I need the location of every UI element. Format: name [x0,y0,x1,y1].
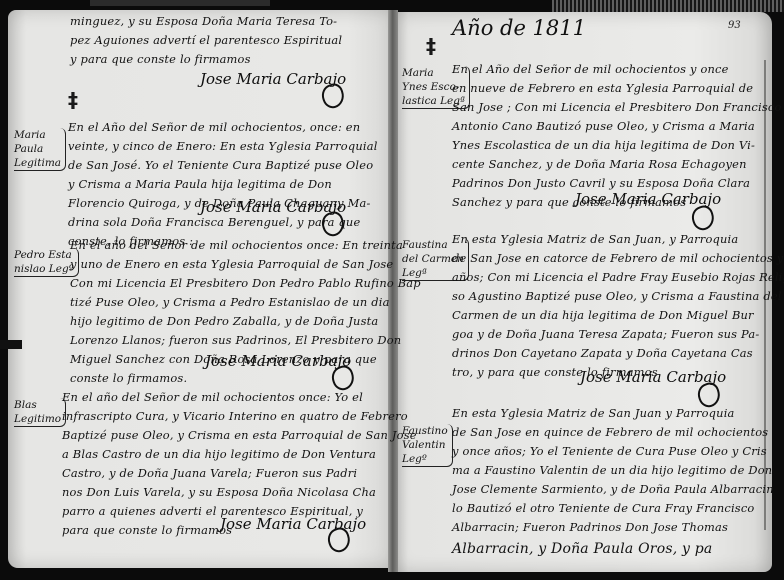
text-line: so Agustino Baptizé puse Oleo, y Crisma … [452,287,784,306]
cross-mark-icon: ‡ [426,34,436,58]
text-line: San Jose ; Con mi Licencia el Presbitero… [452,98,782,117]
margin-note-faustino: Faustino Valentin Legº [402,424,453,467]
page-heading: Año de 1811 [452,16,586,40]
text-line: Ynes Escolastica de un dia hija legitima… [452,136,782,155]
text-line: En el año del Señor de mil ochocientos o… [70,236,421,255]
text-line: Albarracin; Fueron Padrinos Don Jose Tho… [452,518,774,537]
text-line: Albarracin, y Doña Paula Oros, y pa [452,537,774,561]
text-line: Con mi Licencia El Presbitero Don Pedro … [70,274,421,293]
text-line: ma a Faustino Valentin de un dia hijo le… [452,461,774,480]
text-line: veinte, y cinco de Enero: En esta Yglesi… [68,137,378,156]
text-line: en nueve de Febrero en esta Yglesia Parr… [452,79,782,98]
scanned-manuscript: minguez, y su Esposa Doña Maria Teresa T… [0,0,784,580]
text-line: pez Aguiones advertí el parentesco Espir… [70,31,342,50]
margin-note-pedro-estanislao: Pedro Esta nislao Legº [14,248,79,277]
text-line: tizé Puse Oleo, y Crisma a Pedro Estanis… [70,293,421,312]
text-line: Castro, y de Doña Juana Varela; Fueron s… [62,464,417,483]
text-line: cente Sanchez, y de Doña Maria Rosa Echa… [452,155,782,174]
text-line: Carmen de un dia hija legitima de Don Mi… [452,306,784,325]
text-line: a Blas Castro de un dia hijo legitimo de… [62,445,417,464]
text-line: conste lo firmamos. [70,369,421,388]
signature: Jose Maria Carbajo [200,198,346,216]
text-line: Lorenzo Llanos; fueron sus Padrinos, El … [70,331,421,350]
text-line: y once años; Yo el Teniente de Cura Puse… [452,442,774,461]
entry-faustina: En esta Yglesia Matriz de San Juan, y Pa… [452,230,784,382]
signature: Jose Maria Carbajo [205,352,351,370]
text-line: y uno de Enero en esta Yglesia Parroquia… [70,255,421,274]
text-line: En esta Yglesia Matriz de San Juan y Par… [452,404,774,423]
text-line: de San Jose en quince de Febrero de mil … [452,423,774,442]
text-line: de San Jose en catorce de Febrero de mil… [452,249,784,268]
folio-number: 93 [728,20,741,31]
text-line: de San José. Yo el Teniente Cura Baptizé… [68,156,378,175]
text-line: nos Don Luis Varela, y su Esposa Doña Ni… [62,483,417,502]
text-line: minguez, y su Esposa Doña Maria Teresa T… [70,12,342,31]
text-line: En esta Yglesia Matriz de San Juan, y Pa… [452,230,784,249]
text-line: y Crisma a Maria Paula hija legitima de … [68,175,378,194]
text-line: lo Bautizó el otro Teniente de Cura Fray… [452,499,774,518]
entry-faustino: En esta Yglesia Matriz de San Juan y Par… [452,404,774,561]
text-line: infrascripto Cura, y Vicario Interino en… [62,407,417,426]
text-line: y para que conste lo firmamos [70,50,342,69]
text-line: En el Año del Señor de mil ochocientos y… [452,60,782,79]
margin-note-maria-paula: Maria Paula Legitima [14,128,66,171]
text-line: Jose Clemente Sarmiento, y de Doña Paula… [452,480,774,499]
cross-mark-icon: ‡ [68,88,78,112]
text-line: Antonio Cano Bautizó puse Oleo, y Crisma… [452,117,782,136]
binding-shadow [90,0,270,6]
text-line: Baptizé puse Oleo, y Crisma en esta Parr… [62,426,417,445]
text-line: goa y de Doña Juana Teresa Zapata; Fuero… [452,325,784,344]
text-line: En el año del Señor de mil ochocientos o… [62,388,417,407]
text-line: En el Año del Señor de mil ochocientos, … [68,118,378,137]
left-continuation: minguez, y su Esposa Doña Maria Teresa T… [70,12,342,69]
signature: Jose Maria Carbajo [200,70,346,88]
text-line: drinos Don Cayetano Zapata y Doña Cayeta… [452,344,784,363]
text-line: años; Con mi Licencia el Padre Fray Euse… [452,268,784,287]
bookmark-strip [0,340,22,349]
text-line: hijo legitimo de Don Pedro Zaballa, y de… [70,312,421,331]
margin-note-blas: Blas Legitimo [14,398,66,427]
top-edge-pattern [552,0,784,12]
